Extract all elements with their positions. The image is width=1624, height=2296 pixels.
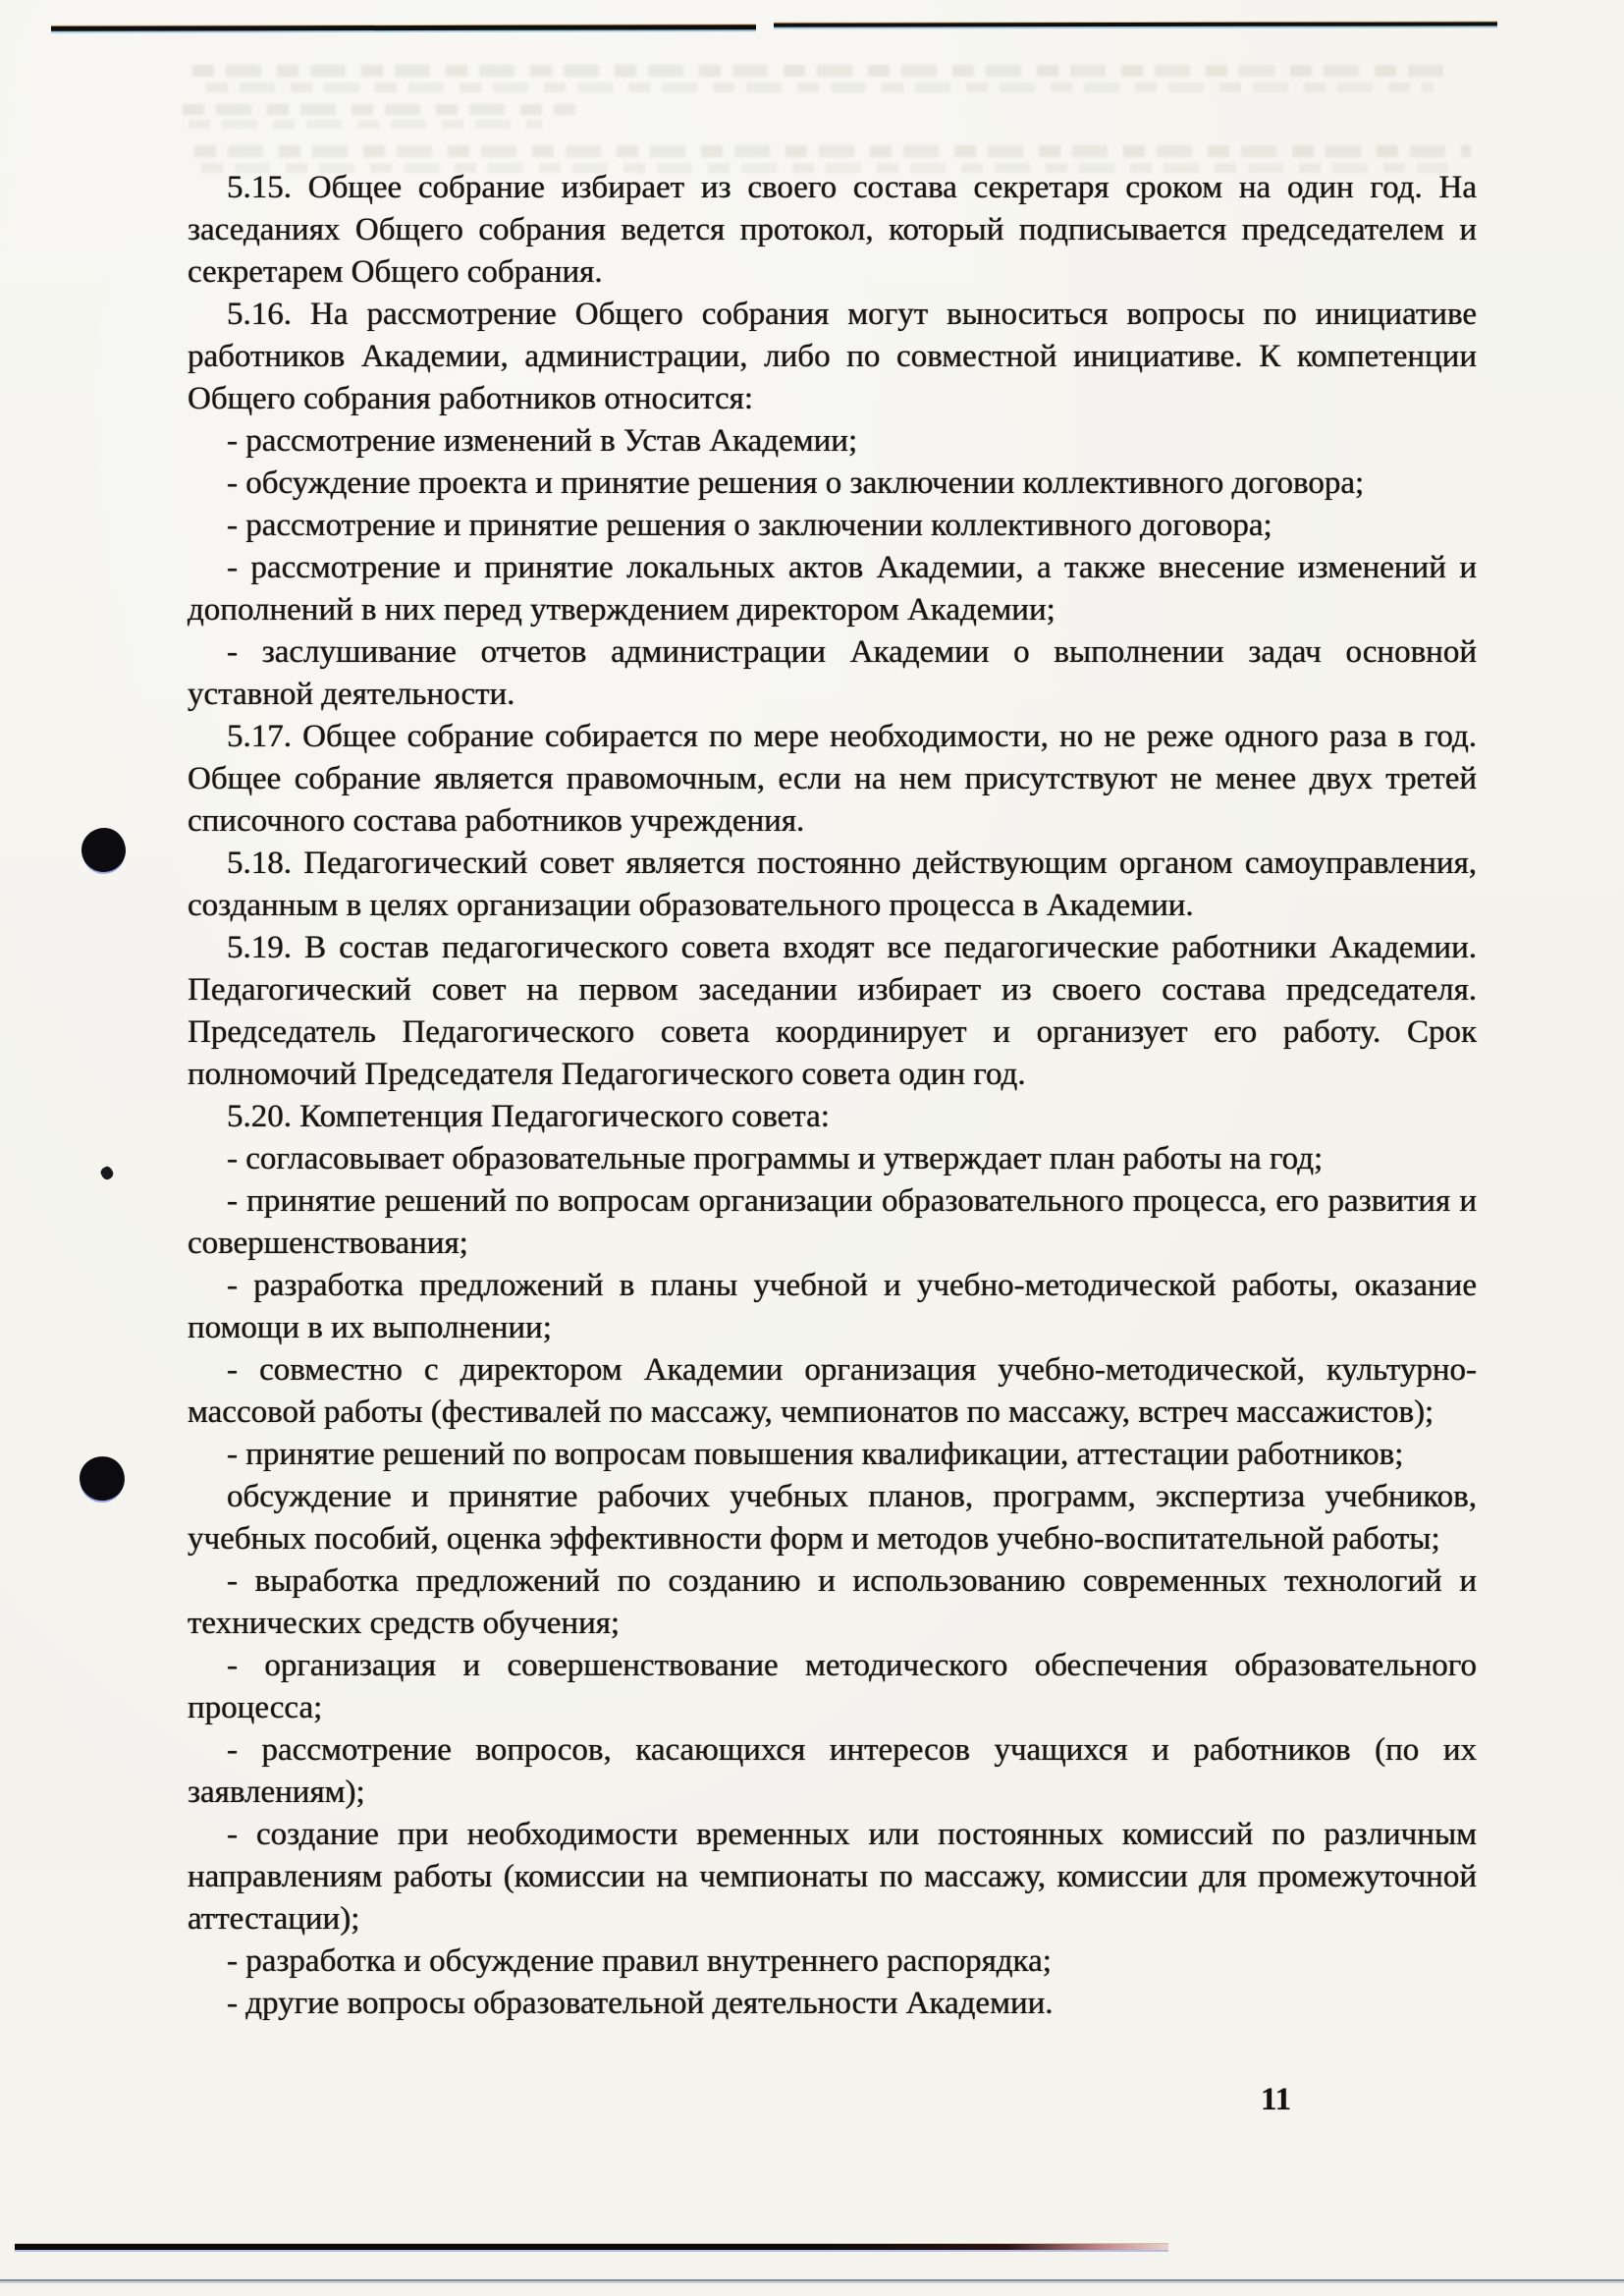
hole-punch-dot bbox=[77, 1453, 128, 1503]
document-paragraph: - согласовывает образовательные программ… bbox=[188, 1138, 1477, 1180]
document-paragraph: 5.16. На рассмотрение Общего собрания мо… bbox=[188, 294, 1477, 420]
document-paragraph: - выработка предложений по созданию и ис… bbox=[188, 1560, 1477, 1645]
document-paragraph: 5.15. Общее собрание избирает из своего … bbox=[188, 167, 1477, 294]
document-paragraph: 5.20. Компетенция Педагогического совета… bbox=[188, 1096, 1477, 1138]
document-paragraph: - рассмотрение и принятие локальных акто… bbox=[188, 547, 1477, 631]
scan-edge-artifact-bottom bbox=[15, 2244, 1168, 2250]
document-paragraph: - обсуждение проекта и принятие решения … bbox=[188, 463, 1477, 505]
document-paragraph: - совместно с директором Академии органи… bbox=[188, 1349, 1477, 1434]
document-paragraph: - принятие решений по вопросам повышения… bbox=[188, 1434, 1477, 1476]
scanned-document-page: 5.15. Общее собрание избирает из своего … bbox=[0, 0, 1624, 2296]
document-paragraph: 5.19. В состав педагогического совета вх… bbox=[188, 927, 1477, 1096]
document-paragraph: - разработка предложений в планы учебной… bbox=[188, 1265, 1477, 1349]
scan-edge-artifact-top-left bbox=[51, 25, 756, 31]
bleedthrough-text-artifact bbox=[206, 82, 1434, 92]
bleedthrough-text-artifact bbox=[194, 145, 1471, 157]
document-paragraph: - другие вопросы образовательной деятель… bbox=[188, 1983, 1477, 2025]
bleedthrough-text-artifact bbox=[189, 120, 542, 129]
document-paragraph: обсуждение и принятие рабочих учебных пл… bbox=[188, 1476, 1477, 1560]
scan-edge-artifact-top-right bbox=[774, 22, 1497, 27]
document-paragraph: - принятие решений по вопросам организац… bbox=[188, 1180, 1477, 1265]
document-paragraph: 5.17. Общее собрание собирается по мере … bbox=[188, 716, 1477, 843]
document-paragraph: - организация и совершенствование методи… bbox=[188, 1645, 1477, 1729]
document-body-text: 5.15. Общее собрание избирает из своего … bbox=[188, 167, 1477, 2025]
document-paragraph: - разработка и обсуждение правил внутрен… bbox=[188, 1941, 1477, 1983]
document-paragraph: - рассмотрение вопросов, касающихся инте… bbox=[188, 1729, 1477, 1814]
document-paragraph: - заслушивание отчетов администрации Ака… bbox=[188, 631, 1477, 716]
bleedthrough-text-artifact bbox=[192, 65, 1459, 77]
page-number: 11 bbox=[1261, 2082, 1291, 2118]
scan-edge-hairline-bottom bbox=[0, 2279, 1624, 2281]
ink-speck bbox=[99, 1165, 115, 1180]
document-paragraph: - рассмотрение изменений в Устав Академи… bbox=[188, 420, 1477, 463]
bleedthrough-text-artifact bbox=[183, 104, 575, 115]
document-paragraph: - рассмотрение и принятие решения о закл… bbox=[188, 505, 1477, 547]
hole-punch-dot bbox=[81, 828, 126, 872]
document-paragraph: 5.18. Педагогический совет является пост… bbox=[188, 843, 1477, 927]
document-paragraph: - создание при необходимости временных и… bbox=[188, 1814, 1477, 1941]
